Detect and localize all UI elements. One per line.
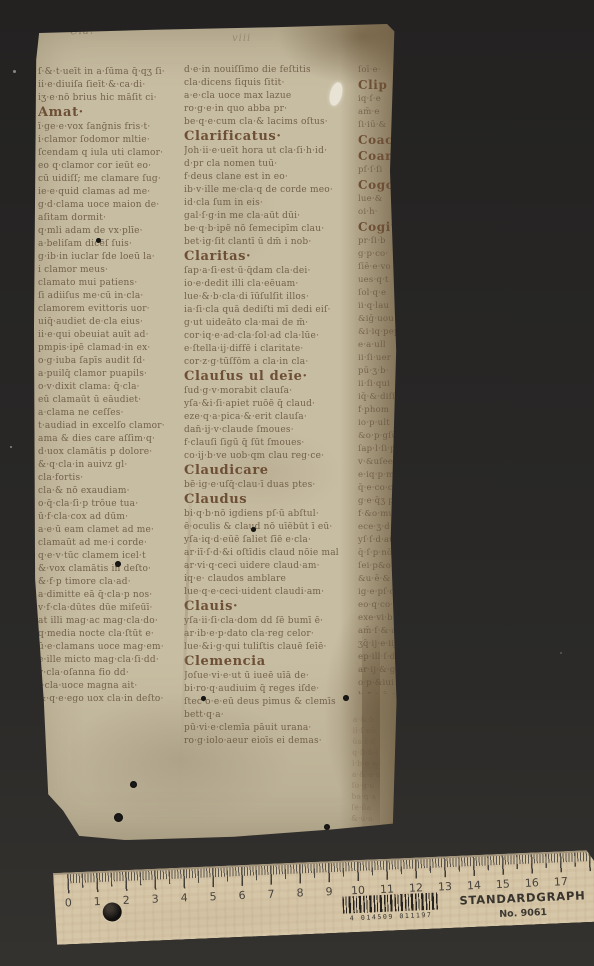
- text-line: lue·&i·g·qui tuliſtis clauē ſeīē·: [184, 641, 360, 654]
- text-line: cla·fortis·: [38, 472, 186, 485]
- text-line: &u·ē·& cog: [358, 573, 398, 586]
- text-line: ū·f·cla·cox ad dūm·: [38, 511, 186, 524]
- text-line: &·f·p timore cla·ad·: [38, 576, 186, 589]
- entry-heading: Clarificatus·: [184, 129, 360, 145]
- text-line: ar·iī·ſ·d·&i oſtīdis claud nōie mal: [184, 547, 360, 560]
- text-line: e·ſtella·ij·diffē i claritate·: [184, 343, 360, 356]
- ruler-brand-block: STANDARDGRAPH No. 9061: [442, 888, 594, 923]
- text-line: ib·v·ille me·cla·q de corde meo·: [184, 184, 360, 197]
- text-line: ī·ge·e·vox ſanḡnis fris·t·: [38, 121, 186, 134]
- text-line: ſīē·e·vo: [358, 261, 398, 274]
- text-line: ar·ib·e·p·dato cla·reg celor·: [184, 628, 360, 641]
- text-line: ſtec·o·e·eū deus pimus & clemīs: [184, 696, 360, 709]
- text-line: pmpis·ipē clamad·in ex·: [38, 342, 186, 355]
- text-line: e·iq·p·mi: [358, 469, 398, 482]
- ruler-number-16: 16: [525, 876, 540, 890]
- text-line: uiq̄·audiet de·cla eius·: [38, 316, 186, 329]
- ruler-number-8: 8: [296, 886, 304, 899]
- wormhole: [115, 561, 121, 567]
- text-line: f·deus clane est in eo·: [184, 171, 360, 184]
- entry-heading: Clip: [358, 77, 398, 93]
- text-line: q·e·v·tūc clamem icel·t: [38, 550, 186, 563]
- text-line: a·dimitte eā q̄·cla·p nos·: [38, 589, 186, 602]
- wormhole: [130, 781, 137, 788]
- text-line: aſitam dormit·: [38, 212, 186, 225]
- entry-heading: Clauis·: [184, 599, 360, 615]
- ruler-number-15: 15: [496, 877, 511, 891]
- text-line: e·a·ull: [358, 339, 398, 352]
- text-line: g·d·clama uoce maion de·: [38, 199, 186, 212]
- text-line: eo q·clamor cor ieūt eo·: [38, 160, 186, 173]
- text-line: f·clauſi ſigū q̄ ſūt ſmoues·: [184, 437, 360, 450]
- text-line: lue·&·b·cla·di īūſulſit illos·: [184, 291, 360, 304]
- text-line: t·audiad in excelſo clamor·: [38, 420, 186, 433]
- text-line: q·media nocte cla·ſtūt e·: [38, 628, 186, 641]
- text-line: bet·ig·ſit clantī ū dm̄ i nob·: [184, 236, 360, 249]
- text-line: cor·iq·e·ad·cla·ſol·ad cla·lūe·: [184, 330, 360, 343]
- text-line: ū·e·clamans uoce mag·em·: [38, 641, 186, 654]
- text-line: ſol·q·e: [358, 287, 398, 300]
- text-line: ſoī·e·: [358, 64, 398, 77]
- ruler-number-6: 6: [238, 889, 246, 902]
- text-line: ſ·&·t·ueīt in a·ſūma q̄·qʒ ſi·: [38, 66, 186, 79]
- entry-heading: Claudus: [184, 492, 360, 508]
- ruler-number-7: 7: [267, 888, 275, 901]
- text-line: bē·ig·e·uſq̄·clau·ī duas ptes·: [184, 479, 360, 492]
- text-line: clamato mui patiens·: [38, 277, 186, 290]
- text-line: dan̄·ij·v·claude ſmoues·: [184, 424, 360, 437]
- text-line: yſa·&i·ſi·apiet ruōē q̄ claud·: [184, 398, 360, 411]
- text-line: bi·q·b·nō igdiens pſ·ū abſtul·: [184, 508, 360, 521]
- manuscript-fragment: Cia. viii ſ·&·t·ueīt in a·ſūma q̄·qʒ ſi·…: [34, 24, 398, 840]
- text-line: &·vox clamātis in deſto·: [38, 563, 186, 576]
- text-line: pr·ſi·b: [358, 235, 398, 248]
- text-line: q·mli adam de vx·plīe·: [38, 225, 186, 238]
- text-line: clamorem evittoris uor·: [38, 303, 186, 316]
- text-line: Joh·ii·e·ueīt hora ut cla·ſi·h·id·: [184, 145, 360, 158]
- text-line: f·cla·uoce magna ait·: [38, 680, 186, 693]
- text-line: d·uox clamātis p dolore·: [38, 446, 186, 459]
- text-line: ē·oculis & claud nō uīēbūt ī eū·: [184, 521, 360, 534]
- text-line: bett·q·a·: [184, 709, 360, 722]
- text-line: o·v·dixit clama: q̄·cla·: [38, 381, 186, 394]
- ruler-number-0: 0: [65, 896, 73, 909]
- ruler-number-1: 1: [93, 895, 101, 908]
- entry-heading: Claritas·: [184, 249, 360, 265]
- text-line: clamaūt ad me·i corde·: [38, 537, 186, 550]
- text-line: iʒ·e·nō brius hic māſit ci·: [38, 92, 186, 105]
- text-line: be·q·b·ipē nō ſemecipīm clau·: [184, 223, 360, 236]
- text-line: &o·p·gſū: [358, 430, 398, 443]
- text-line: d·pr cla nomen tuū·: [184, 158, 360, 171]
- ruler-number-5: 5: [209, 890, 217, 903]
- text-line: cor·z·g·tūſfōm a cla·in cla·: [184, 356, 360, 369]
- wormhole: [96, 238, 101, 243]
- text-line: bi·ro·q·audiuim q̄ reges iſde·: [184, 683, 360, 696]
- text-line: ſap·a·ſi·est·ū·q̄dam cla·dei·: [184, 265, 360, 278]
- text-line: iq·ſ·e: [358, 93, 398, 106]
- text-line: iq̄·&·diſſ: [358, 391, 398, 404]
- text-line: i·clamor ſodomor mltie·: [38, 134, 186, 147]
- text-line: ar·vi·q·ceci uidere claud·am·: [184, 560, 360, 573]
- text-line: ii·ſi·qui: [358, 378, 398, 391]
- text-line: io·e·dedit illi cla·eēuam·: [184, 278, 360, 291]
- text-line: v·f·cla·dūtes dūe miſeūī·: [38, 602, 186, 615]
- stain-streak: [362, 624, 380, 836]
- text-line: gal·ſ·g·in me cla·aūt dūi·: [184, 210, 360, 223]
- text-line: i clamor meus·: [38, 264, 186, 277]
- text-line: ſud·g·v·morabit clauſa·: [184, 385, 360, 398]
- entry-heading: Clemencia: [184, 654, 360, 670]
- text-line: ama & dies care aſſim·q·: [38, 433, 186, 446]
- text-line: g·ib·in iuclar ſde loeū la·: [38, 251, 186, 264]
- text-column-left: ſ·&·t·ueīt in a·ſūma q̄·qʒ ſi·ii·e·diuiſ…: [38, 66, 186, 714]
- text-line: pū·ʒ·b·: [358, 365, 398, 378]
- text-line: a·clama ne ceſſes·: [38, 407, 186, 420]
- ruler-number-13: 13: [438, 880, 453, 894]
- text-line: o·q̄·cla·ſi·p trōue tua·: [38, 498, 186, 511]
- text-line: io·p·ult̄: [358, 417, 398, 430]
- dust-speck: [560, 652, 562, 654]
- text-line: ig·e·pſ·co: [358, 586, 398, 599]
- text-line: ſcendam q iula uti clamor·: [38, 147, 186, 160]
- text-line: exe·vi·b·: [358, 612, 398, 625]
- text-line: be·q·e·cum cla·& lacims oſtus·: [184, 116, 360, 129]
- ruler-number-17: 17: [554, 875, 569, 889]
- dust-speck: [10, 446, 12, 448]
- text-line: pū·vi·e·clemīa pāuit urana·: [184, 722, 360, 735]
- text-line: id·cla ſum in eis·: [184, 197, 360, 210]
- text-line: q̄·e·co·co·: [358, 482, 398, 495]
- ruler-number-3: 3: [151, 893, 159, 906]
- text-line: e·ille micto mag·cla·ſi·dd·: [38, 654, 186, 667]
- text-line: ſap·l·ſi·p: [358, 443, 398, 456]
- wormhole: [114, 813, 123, 822]
- text-line: ia·ſi·cla quā dediſti mī dedi eiſ·: [184, 304, 360, 317]
- text-line: eū clamaūt ū eāudiet·: [38, 394, 186, 407]
- text-line: eze·q·a·pica·&·erit clauſa·: [184, 411, 360, 424]
- text-line: cū uidiſſ; me clamare ſug·: [38, 173, 186, 186]
- wormhole: [343, 695, 349, 701]
- text-line: yſa·iq·d·eūē ſaliet ſīē e·cla·: [184, 534, 360, 547]
- top-annotation-center: viii: [232, 33, 251, 44]
- text-line: lue·q·e·ceci·uident claudi·am·: [184, 586, 360, 599]
- text-line: &i·iq·pep: [358, 326, 398, 339]
- text-line: cla·& nō exaudiam·: [38, 485, 186, 498]
- text-line: yſa·ii·ſi·cla·dom dd ſē bumī ē·: [184, 615, 360, 628]
- text-line: eo·q·co·&: [358, 599, 398, 612]
- text-line: d·e·in nouiſſimo die feſtitis: [184, 64, 360, 77]
- text-line: g·ut uideāto cla·mai de m̄·: [184, 317, 360, 330]
- text-line: v·&uſee: [358, 456, 398, 469]
- text-line: Joſue·vi·e·ut ū iueē uīā de·: [184, 670, 360, 683]
- ruler-number-2: 2: [122, 894, 130, 907]
- entry-heading: Claudicare: [184, 463, 360, 479]
- text-line: ſi adiiſus me·cū in·cla·: [38, 290, 186, 303]
- text-line: a·beliſam dicēſ ſuis·: [38, 238, 186, 251]
- text-line: g·p·co·: [358, 248, 398, 261]
- ruler-number-9: 9: [325, 885, 333, 898]
- text-line: ro·g·iolo·aeur eioīs ei demas·: [184, 735, 360, 748]
- text-line: ues·q·t: [358, 274, 398, 287]
- ruler-number-4: 4: [180, 891, 188, 904]
- text-line: at illi mag·ac mag·cla·do·: [38, 615, 186, 628]
- entry-heading: Amat·: [38, 105, 186, 121]
- text-line: ii·e·diuiſa ſieīt·&·ca·di·: [38, 79, 186, 92]
- wormhole: [251, 527, 256, 532]
- barcode: 4 014509 011197: [342, 893, 439, 923]
- text-column-middle: d·e·in nouiſſimo die feſtitiscla·dicens …: [184, 64, 360, 752]
- text-line: ii·e·qui obeuiat auīt ad·: [38, 329, 186, 342]
- text-line: f·phom: [358, 404, 398, 417]
- text-line: a·e·ū eam clamet ad me·: [38, 524, 186, 537]
- text-line: iq·e· claudos amblare: [184, 573, 360, 586]
- entry-heading: Clauſus ul deīe·: [184, 369, 360, 385]
- dust-speck: [13, 70, 16, 73]
- text-line: &·q·e·ego uox cla·in deſto·: [38, 693, 186, 706]
- text-line: o·g·iuba ſapīs audit ſd·: [38, 355, 186, 368]
- wormhole: [324, 824, 330, 830]
- text-line: &iḡ·uou: [358, 313, 398, 326]
- text-line: ii·ſi·uer: [358, 352, 398, 365]
- text-line: ie·e·quid clamas ad me·: [38, 186, 186, 199]
- ruler-hanging-hole: [102, 902, 122, 922]
- wormhole: [201, 696, 206, 701]
- text-line: ii·q·lau: [358, 300, 398, 313]
- text-line: a·puilq̄ clamor puapils·: [38, 368, 186, 381]
- text-line: &·q·cla·in auivz gl·: [38, 459, 186, 472]
- ruler-number-14: 14: [467, 879, 482, 893]
- text-line: co·ij·b·ve uob·qm clau reg·ce·: [184, 450, 360, 463]
- text-line: v·cla·oſanna fio dd·: [38, 667, 186, 680]
